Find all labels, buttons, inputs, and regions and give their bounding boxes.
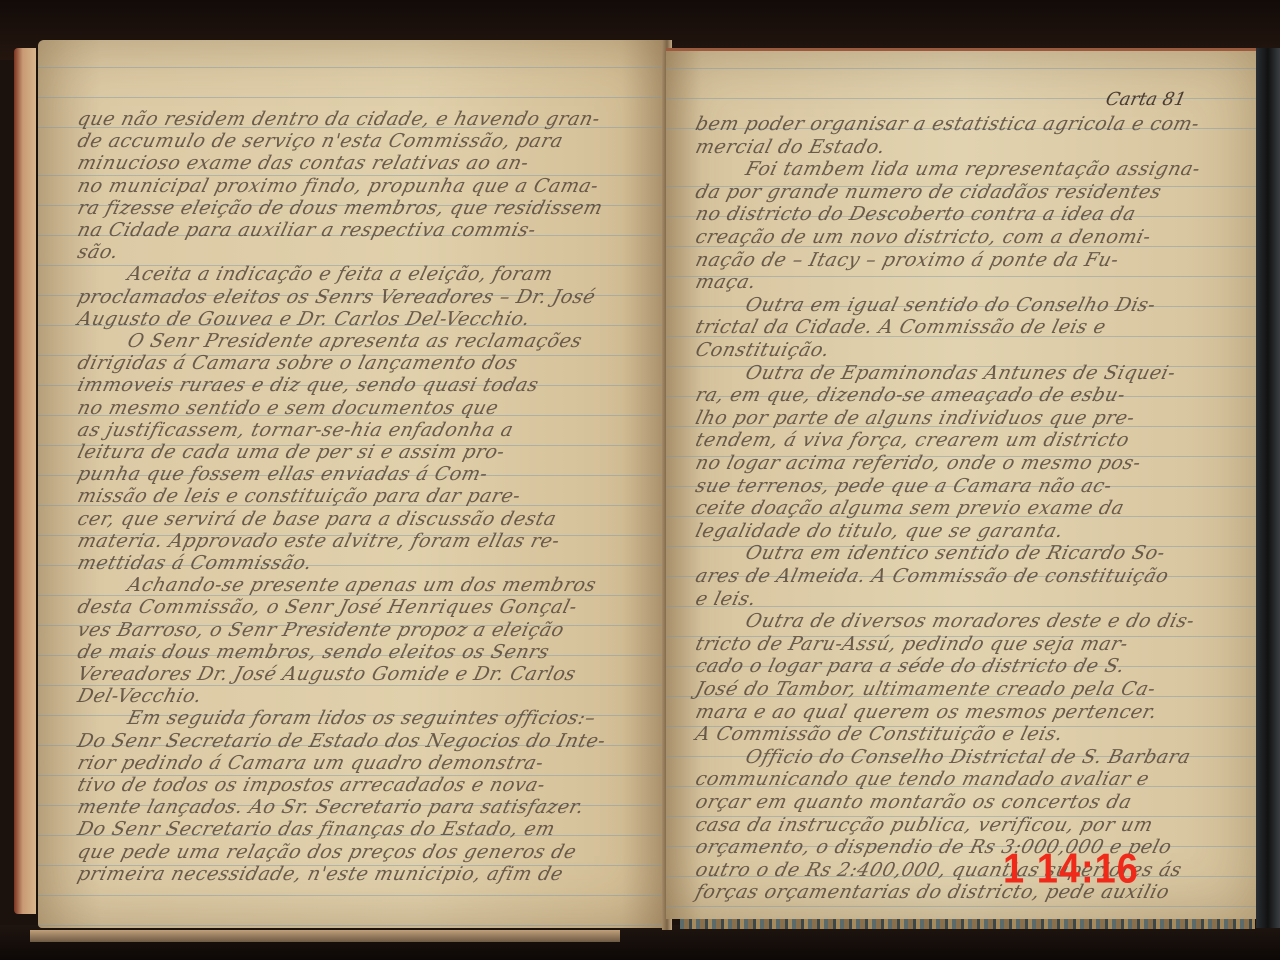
handwritten-line: ra fizesse eleição de dous membros, que … (75, 197, 605, 219)
handwritten-line: Outra de Epaminondas Antunes de Siquei- (743, 362, 1178, 384)
handwritten-line: rior pedindo á Camara um quadro demonstr… (75, 752, 546, 774)
handwritten-line: da por grande numero de cidadãos residen… (693, 181, 1164, 203)
handwritten-line: Vereadores Dr. José Augusto Gomide e Dr.… (75, 663, 578, 685)
handwritten-line: no logar acima referido, onde o mesmo po… (693, 452, 1143, 474)
handwritten-line: José do Tambor, ultimamente creado pela … (693, 678, 1158, 700)
right-page: Carta 81 bem poder organisar a estatisti… (666, 48, 1256, 919)
handwritten-line: e leis. (693, 588, 758, 610)
handwritten-line: minucioso exame das contas relativas ao … (75, 152, 531, 174)
handwritten-line: casa da instrucção publica, verificou, p… (693, 814, 1155, 836)
handwritten-line: cer, que servirá de base para a discussã… (75, 508, 559, 530)
handwritten-line: no mesmo sentido e sem documentos que (75, 397, 501, 419)
handwritten-line: Augusto de Gouvea e Dr. Carlos Del-Vecch… (75, 308, 532, 330)
handwritten-line: as justificassem, tornar-se-hia enfadonh… (75, 419, 516, 441)
handwritten-line: tricto de Paru-Assú, pedindo que seja ma… (693, 633, 1130, 655)
handwritten-line: Do Senr Secretario de Estado dos Negocio… (75, 730, 608, 752)
handwritten-line: legalidade do titulo, que se garanta. (693, 520, 1066, 542)
handwritten-line: maça. (693, 271, 758, 293)
handwritten-line: trictal da Cidade. A Commissão de leis e (693, 316, 1108, 338)
book-cover-edge (14, 48, 36, 914)
handwritten-line: materia. Approvado este alvitre, foram e… (75, 530, 562, 552)
handwritten-line: tendem, á viva força, crearem um distric… (693, 429, 1131, 451)
display-frame-edge (1256, 48, 1280, 928)
handwritten-line: ra, em que, dizendo-se ameaçado de esbu- (693, 384, 1128, 406)
handwritten-line: Outra de diversos moradores deste e do d… (743, 610, 1197, 632)
handwritten-line: nação de – Itacy – proximo á ponte da Fu… (693, 249, 1121, 271)
handwritten-line: que pede uma relação dos preços dos gene… (75, 841, 579, 863)
page-number: Carta 81 (1104, 89, 1188, 110)
handwritten-line: tivo de todos os impostos arrecadados e … (75, 774, 547, 796)
handwritten-line: sue terrenos, pede que a Camara não ac- (693, 475, 1114, 497)
handwritten-line: Do Senr Secretario das finanças do Estad… (75, 818, 557, 840)
handwritten-line: ves Barroso, o Senr Presidente propoz a … (75, 619, 566, 641)
handwritten-line: ceite doação alguma sem previo exame da (693, 497, 1126, 519)
handwritten-line: A Commissão de Constituição e leis. (693, 723, 1065, 745)
handwritten-line: ares de Almeida. A Commissão de constitu… (693, 565, 1171, 587)
handwritten-line: proclamados eleitos os Senrs Vereadores … (75, 286, 598, 308)
left-page: que não residem dentro da cidade, e have… (38, 40, 666, 928)
handwritten-line: leitura de cada uma de per si e assim pr… (75, 441, 507, 463)
handwritten-line: Officio do Conselho Districtal de S. Bar… (743, 746, 1193, 768)
handwritten-line: mettidas á Commissão. (75, 552, 314, 574)
handwritten-line: na Cidade para auxiliar a respectiva com… (75, 219, 538, 241)
handwritten-line: mente lançados. Ao Sr. Secretario para s… (75, 796, 586, 818)
handwritten-line: mercial do Estado. (693, 136, 888, 158)
handwritten-line: Em seguida foram lidos os seguintes offi… (125, 707, 598, 729)
handwritten-line: mara e ao qual querem os mesmos pertence… (693, 701, 1159, 723)
handwritten-line: orçar em quanto montarão os concertos da (693, 791, 1134, 813)
handwritten-line: desta Commissão, o Senr José Henriques G… (75, 596, 579, 618)
handwritten-line: no districto do Descoberto contra a idea… (693, 203, 1138, 225)
handwritten-line: communicando que tendo mandado avaliar e (693, 768, 1151, 790)
handwritten-line: Del-Vecchio. (75, 685, 204, 707)
handwritten-line: Constituição. (693, 339, 832, 361)
handwritten-line: bem poder organisar a estatistica agrico… (693, 113, 1202, 135)
handwritten-line: missão de leis e constituição para dar p… (75, 485, 523, 507)
handwritten-line: primeira necessidade, n'este municipio, … (75, 863, 565, 885)
page-stack-edge (30, 930, 620, 942)
handwritten-line: Foi tambem lida uma representação assign… (743, 158, 1202, 180)
handwritten-line: de mais dous membros, sendo eleitos os S… (75, 641, 552, 663)
handwritten-line: creação de um novo districto, com a deno… (693, 226, 1153, 248)
handwritten-line: lho por parte de alguns individuos que p… (693, 407, 1137, 429)
handwritten-line: punha que fossem ellas enviadas á Com- (75, 463, 490, 485)
handwritten-line: no municipal proximo findo, propunha que… (75, 175, 601, 197)
handwritten-line: de accumulo de serviço n'esta Commissão,… (75, 130, 565, 152)
handwritten-line: Outra em identico sentido de Ricardo So- (743, 542, 1167, 564)
camera-timestamp: 1 14:16 (1003, 846, 1139, 893)
handwritten-line: são. (75, 241, 121, 263)
handwritten-line: Achando-se presente apenas um dos membro… (125, 574, 598, 596)
handwritten-line: immoveis ruraes e diz que, sendo quasi t… (75, 374, 541, 396)
handwritten-line: dirigidas á Camara sobre o lançamento do… (75, 352, 520, 374)
handwritten-line: O Senr Presidente apresenta as reclamaçõ… (125, 330, 584, 352)
handwritten-line: cado o logar para a séde do districto de… (693, 655, 1127, 677)
handwritten-line: Aceita a indicação e feita a eleição, fo… (125, 263, 555, 285)
handwritten-line: que não residem dentro da cidade, e have… (75, 108, 602, 130)
handwritten-line: Outra em igual sentido do Conselho Dis- (743, 294, 1158, 316)
